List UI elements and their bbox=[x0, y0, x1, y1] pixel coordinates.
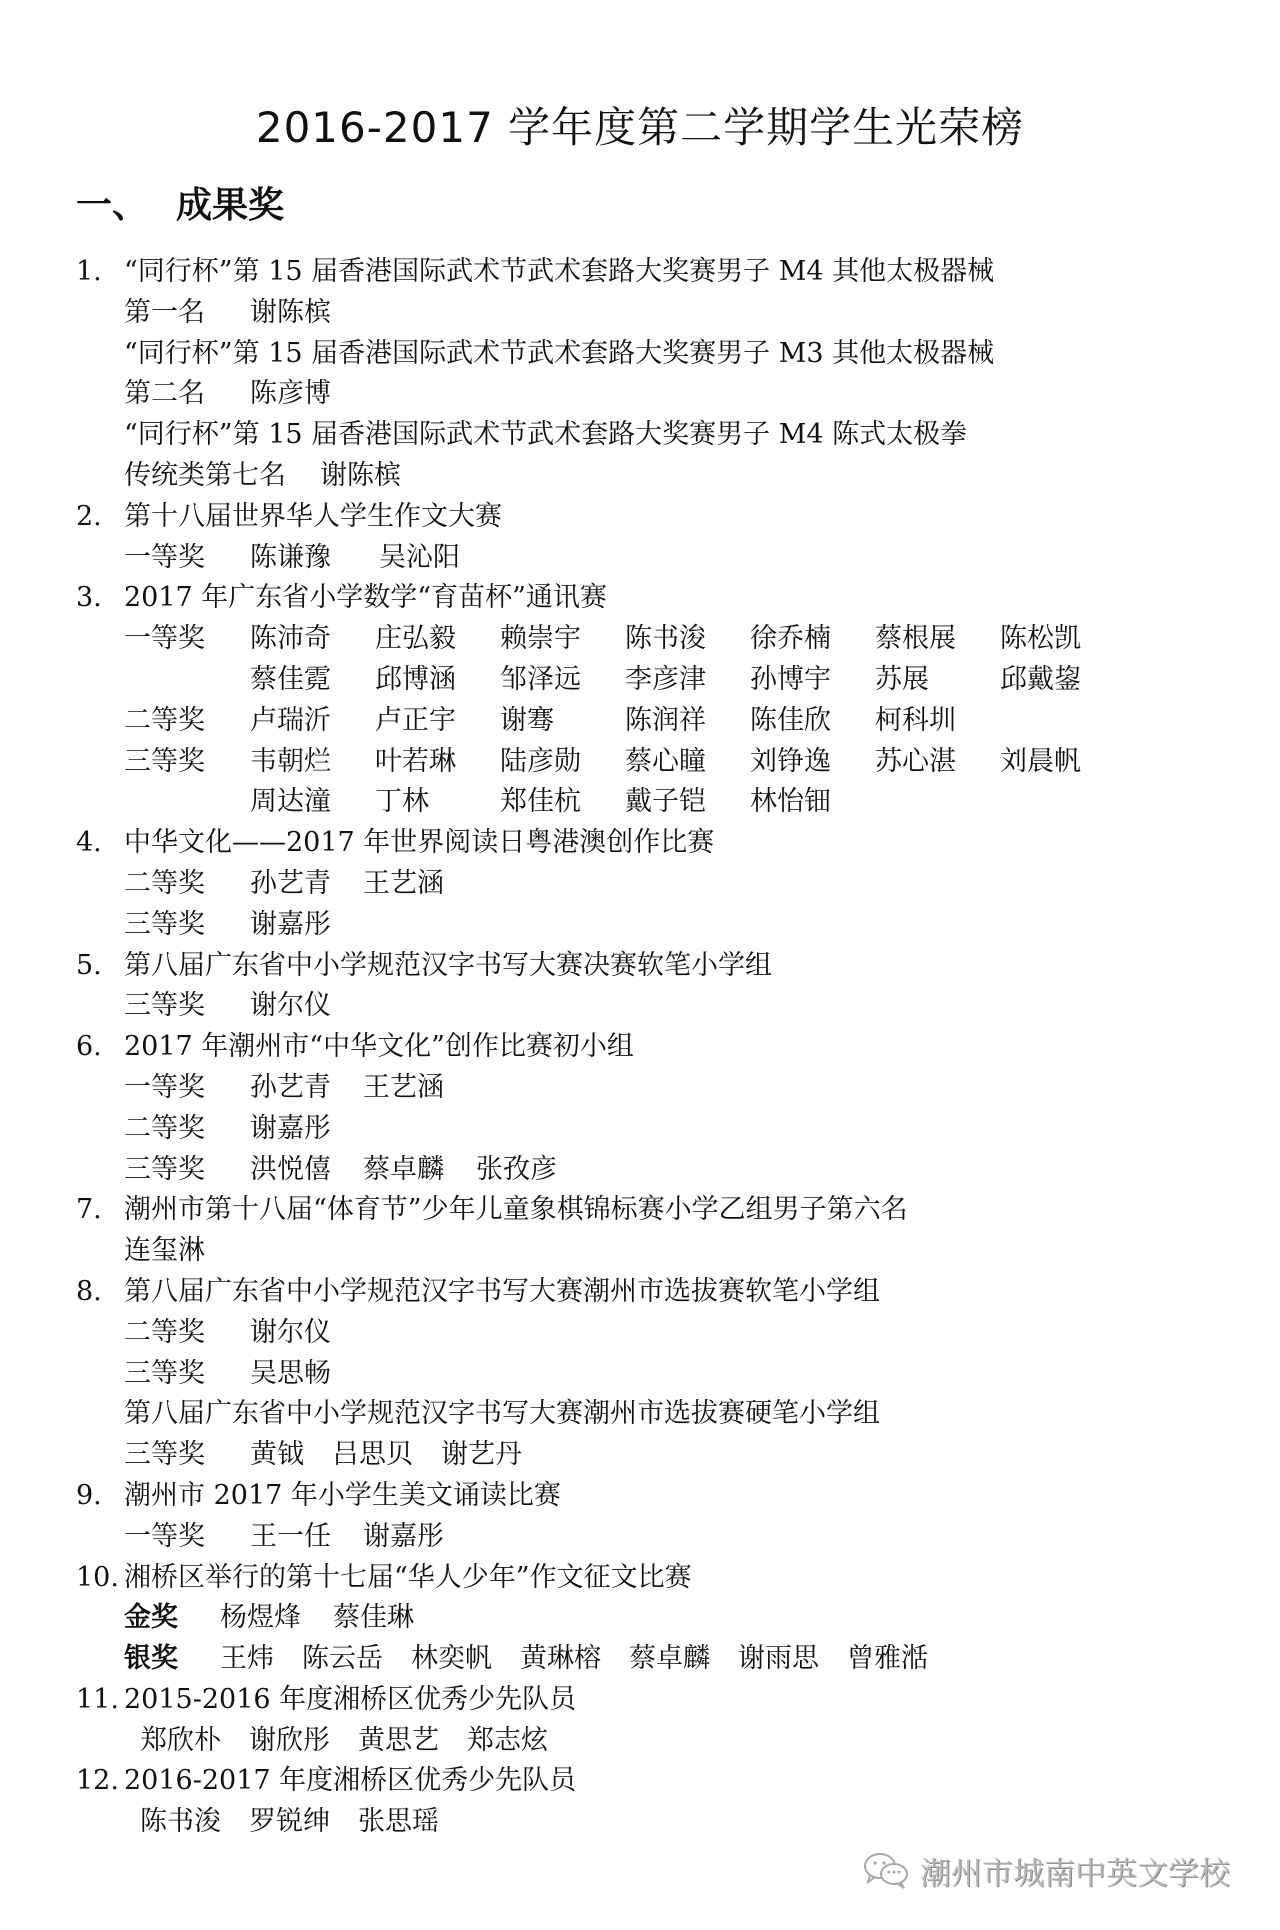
student-name: 王一任 bbox=[250, 1517, 331, 1558]
award-label: 三等奖 bbox=[124, 905, 250, 946]
award-row: 三等奖谢尔仪 bbox=[76, 986, 1236, 1027]
student-name: 陈书浚 bbox=[625, 619, 750, 660]
item-index: 8. bbox=[76, 1272, 124, 1313]
student-name: 陈松凯 bbox=[1000, 619, 1125, 660]
student-name: 黄思艺 bbox=[358, 1721, 439, 1762]
list-item-title: 3.2017 年广东省小学数学“育苗杯”通讯赛 bbox=[76, 578, 1236, 619]
award-row: 二等奖谢嘉彤 bbox=[76, 1109, 1236, 1150]
student-name: 谢嘉彤 bbox=[250, 1109, 331, 1150]
student-name: 蔡佳琳 bbox=[333, 1598, 414, 1639]
student-name: 孙艺青 bbox=[250, 864, 331, 905]
student-name: 卢瑞沂 bbox=[250, 701, 375, 742]
award-row: 三等奖谢嘉彤 bbox=[76, 905, 1236, 946]
list-item-title: 1.“同行杯”第 15 届香港国际武术节武术套路大奖赛男子 M4 其他太极器械 bbox=[76, 252, 1236, 293]
list-item-subtitle: 第八届广东省中小学规范汉字书写大赛潮州市选拔赛硬笔小学组 bbox=[76, 1394, 1236, 1435]
item-title-text: 第八届广东省中小学规范汉字书写大赛潮州市选拔赛软笔小学组 bbox=[124, 1276, 880, 1307]
student-name: 蔡心瞳 bbox=[625, 742, 750, 783]
award-label: 第一名 bbox=[124, 293, 250, 334]
student-name: 赖崇宇 bbox=[500, 619, 625, 660]
award-label: 二等奖 bbox=[124, 701, 250, 742]
student-name: 谢陈槟 bbox=[250, 293, 331, 334]
award-row: 第二名陈彦博 bbox=[76, 374, 1236, 415]
student-name: 林奕帆 bbox=[411, 1639, 492, 1680]
student-name: 王艺涵 bbox=[363, 1068, 444, 1109]
item-index: 2. bbox=[76, 497, 124, 538]
award-label: 三等奖 bbox=[124, 1150, 250, 1191]
award-row: 金奖杨煜烽蔡佳琳 bbox=[76, 1598, 1236, 1639]
award-grid-row: 二等奖卢瑞沂卢正宇谢骞陈润祥陈佳欣柯科圳 bbox=[76, 701, 1236, 742]
item-title-text: 潮州市第十八届“体育节”少年儿童象棋锦标赛小学乙组男子第六名 bbox=[124, 1194, 908, 1225]
student-name: 李彦津 bbox=[625, 660, 750, 701]
award-label: 金奖 bbox=[124, 1598, 220, 1639]
student-name: 陈云岳 bbox=[302, 1639, 383, 1680]
student-name: 谢尔仪 bbox=[250, 1313, 331, 1354]
award-row: 第一名谢陈槟 bbox=[76, 293, 1236, 334]
wechat-icon bbox=[862, 1850, 912, 1890]
student-name: 谢骞 bbox=[500, 701, 625, 742]
item-title-text: 2016-2017 年度湘桥区优秀少先队员 bbox=[124, 1765, 576, 1796]
award-row: 三等奖吴思畅 bbox=[76, 1354, 1236, 1395]
item-index: 5. bbox=[76, 946, 124, 987]
award-label: 二等奖 bbox=[124, 864, 250, 905]
award-row: 一等奖孙艺青王艺涵 bbox=[76, 1068, 1236, 1109]
student-name: 蔡佳霓 bbox=[250, 660, 375, 701]
section-label: 成果奖 bbox=[176, 185, 284, 226]
item-title-text: 第十八届世界华人学生作文大赛 bbox=[124, 501, 502, 532]
list-item-title: 10.湘桥区举行的第十七届“华人少年”作文征文比赛 bbox=[76, 1558, 1236, 1599]
item-index: 9. bbox=[76, 1476, 124, 1517]
award-label: 银奖 bbox=[124, 1639, 220, 1680]
student-name: 柯科圳 bbox=[875, 701, 1000, 742]
award-label: 三等奖 bbox=[124, 986, 250, 1027]
student-name: 吕思贝 bbox=[332, 1435, 413, 1476]
student-name: 吴沁阳 bbox=[379, 538, 460, 579]
student-name: 蔡卓麟 bbox=[363, 1150, 444, 1191]
award-row: 一等奖王一任谢嘉彤 bbox=[76, 1517, 1236, 1558]
student-name: 蔡根展 bbox=[875, 619, 1000, 660]
item-index: 12. bbox=[76, 1761, 124, 1802]
names-row: 陈书浚罗锐绅张思瑶 bbox=[76, 1802, 1236, 1843]
list-item-subtitle: “同行杯”第 15 届香港国际武术节武术套路大奖赛男子 M4 陈式太极拳 bbox=[76, 415, 1236, 456]
student-name: 孙艺青 bbox=[250, 1068, 331, 1109]
list-item-title: 6.2017 年潮州市“中华文化”创作比赛初小组 bbox=[76, 1027, 1236, 1068]
item-title-text: 湘桥区举行的第十七届“华人少年”作文征文比赛 bbox=[124, 1562, 692, 1593]
student-name: 洪悦僖 bbox=[250, 1150, 331, 1191]
page-title: 2016-2017 学年度第二学期学生光荣榜 bbox=[0, 100, 1280, 156]
award-label: 三等奖 bbox=[124, 1435, 250, 1476]
item-title-text: 潮州市 2017 年小学生美文诵读比赛 bbox=[124, 1480, 561, 1511]
student-name: 郑佳杭 bbox=[500, 782, 625, 823]
award-label: 二等奖 bbox=[124, 1109, 250, 1150]
award-row: 银奖王炜陈云岳林奕帆黄琳榕蔡卓麟谢雨思曾雅湉 bbox=[76, 1639, 1236, 1680]
student-name: 苏展 bbox=[875, 660, 1000, 701]
watermark: 潮州市城南中英文学校 bbox=[862, 1850, 1230, 1890]
student-name: 陈书浚 bbox=[140, 1802, 221, 1843]
list-item-title: 12.2016-2017 年度湘桥区优秀少先队员 bbox=[76, 1761, 1236, 1802]
award-label: 一等奖 bbox=[124, 619, 250, 660]
document-page: 2016-2017 学年度第二学期学生光荣榜 一、成果奖 1.“同行杯”第 15… bbox=[0, 0, 1280, 1930]
student-name: 吴思畅 bbox=[250, 1354, 331, 1395]
award-row: 传统类第七名谢陈槟 bbox=[76, 456, 1236, 497]
student-name: 陈谦豫 bbox=[250, 538, 331, 579]
student-name: 孙博宇 bbox=[750, 660, 875, 701]
item-index: 4. bbox=[76, 823, 124, 864]
item-title-text: 2017 年潮州市“中华文化”创作比赛初小组 bbox=[124, 1031, 634, 1062]
student-name: 罗锐绅 bbox=[249, 1802, 330, 1843]
student-name: 邹泽远 bbox=[500, 660, 625, 701]
student-name: 邱博涵 bbox=[375, 660, 500, 701]
student-name: 戴子铠 bbox=[625, 782, 750, 823]
award-label: 三等奖 bbox=[124, 742, 250, 783]
student-name: 刘铮逸 bbox=[750, 742, 875, 783]
award-row: 三等奖黄钺吕思贝谢艺丹 bbox=[76, 1435, 1236, 1476]
award-grid-row: 蔡佳霓邱博涵邹泽远李彦津孙博宇苏展邱戴鋆 bbox=[76, 660, 1236, 701]
student-name: 郑欣朴 bbox=[140, 1721, 221, 1762]
student-name: 陈佳欣 bbox=[750, 701, 875, 742]
list-item-title: 2.第十八届世界华人学生作文大赛 bbox=[76, 497, 1236, 538]
student-name: 黄钺 bbox=[250, 1435, 304, 1476]
award-label: 一等奖 bbox=[124, 1068, 250, 1109]
student-name: 蔡卓麟 bbox=[629, 1639, 710, 1680]
section-heading: 一、成果奖 bbox=[76, 182, 284, 230]
student-name: 陆彦勋 bbox=[500, 742, 625, 783]
list-item-title: 5.第八届广东省中小学规范汉字书写大赛决赛软笔小学组 bbox=[76, 946, 1236, 987]
student-name: 刘晨帆 bbox=[1000, 742, 1125, 783]
student-name: 谢陈槟 bbox=[320, 456, 401, 497]
item-index: 11. bbox=[76, 1680, 124, 1721]
award-list: 1.“同行杯”第 15 届香港国际武术节武术套路大奖赛男子 M4 其他太极器械 … bbox=[76, 252, 1236, 1843]
student-name: 卢正宇 bbox=[375, 701, 500, 742]
student-name: 陈彦博 bbox=[250, 374, 331, 415]
list-item-title: 8.第八届广东省中小学规范汉字书写大赛潮州市选拔赛软笔小学组 bbox=[76, 1272, 1236, 1313]
item-title-text: “同行杯”第 15 届香港国际武术节武术套路大奖赛男子 M4 其他太极器械 bbox=[124, 256, 994, 287]
student-name: 徐乔楠 bbox=[750, 619, 875, 660]
award-row: 三等奖洪悦僖蔡卓麟张孜彦 bbox=[76, 1150, 1236, 1191]
student-name: 林怡钿 bbox=[750, 782, 875, 823]
student-name: 陈沛奇 bbox=[250, 619, 375, 660]
student-name: 谢欣彤 bbox=[249, 1721, 330, 1762]
student-name: 杨煜烽 bbox=[220, 1598, 301, 1639]
award-label: 三等奖 bbox=[124, 1354, 250, 1395]
item-index: 10. bbox=[76, 1558, 124, 1599]
item-title-text: 第八届广东省中小学规范汉字书写大赛决赛软笔小学组 bbox=[124, 950, 772, 981]
item-title-text: 2017 年广东省小学数学“育苗杯”通讯赛 bbox=[124, 582, 607, 613]
student-name: 陈润祥 bbox=[625, 701, 750, 742]
student-name: 曾雅湉 bbox=[847, 1639, 928, 1680]
item-index: 6. bbox=[76, 1027, 124, 1068]
award-label: 二等奖 bbox=[124, 1313, 250, 1354]
names-row: 连玺淋 bbox=[76, 1231, 1236, 1272]
student-name: 谢雨思 bbox=[738, 1639, 819, 1680]
student-name: 郑志炫 bbox=[467, 1721, 548, 1762]
award-label: 一等奖 bbox=[124, 538, 250, 579]
student-name: 黄琳榕 bbox=[520, 1639, 601, 1680]
student-name: 谢尔仪 bbox=[250, 986, 331, 1027]
section-number: 一、 bbox=[76, 182, 176, 230]
award-label: 第二名 bbox=[124, 374, 250, 415]
item-title-text: 中华文化——2017 年世界阅读日粤港澳创作比赛 bbox=[124, 827, 714, 858]
student-name: 谢嘉彤 bbox=[363, 1517, 444, 1558]
student-name: 丁林 bbox=[375, 782, 500, 823]
award-grid-row: 一等奖陈沛奇庄弘毅赖崇宇陈书浚徐乔楠蔡根展陈松凯 bbox=[76, 619, 1236, 660]
student-name: 王炜 bbox=[220, 1639, 274, 1680]
names-row: 郑欣朴谢欣彤黄思艺郑志炫 bbox=[76, 1721, 1236, 1762]
list-item-title: 9.潮州市 2017 年小学生美文诵读比赛 bbox=[76, 1476, 1236, 1517]
student-name: 叶若琳 bbox=[375, 742, 500, 783]
award-row: 一等奖陈谦豫吴沁阳 bbox=[76, 538, 1236, 579]
student-name: 谢艺丹 bbox=[441, 1435, 522, 1476]
item-index: 3. bbox=[76, 578, 124, 619]
award-row: 二等奖谢尔仪 bbox=[76, 1313, 1236, 1354]
student-name: 邱戴鋆 bbox=[1000, 660, 1125, 701]
award-row: 二等奖孙艺青王艺涵 bbox=[76, 864, 1236, 905]
student-name: 王艺涵 bbox=[363, 864, 444, 905]
list-item-title: 7.潮州市第十八届“体育节”少年儿童象棋锦标赛小学乙组男子第六名 bbox=[76, 1190, 1236, 1231]
student-name: 韦朝烂 bbox=[250, 742, 375, 783]
student-name: 苏心湛 bbox=[875, 742, 1000, 783]
item-index: 7. bbox=[76, 1190, 124, 1231]
award-label: 传统类第七名 bbox=[124, 456, 320, 497]
list-item-title: 11.2015-2016 年度湘桥区优秀少先队员 bbox=[76, 1680, 1236, 1721]
watermark-text: 潮州市城南中英文学校 bbox=[920, 1848, 1230, 1893]
award-label: 一等奖 bbox=[124, 1517, 250, 1558]
item-index: 1. bbox=[76, 252, 124, 293]
award-grid-row: 三等奖韦朝烂叶若琳陆彦勋蔡心瞳刘铮逸苏心湛刘晨帆 bbox=[76, 742, 1236, 783]
student-name: 连玺淋 bbox=[124, 1231, 205, 1272]
student-name: 庄弘毅 bbox=[375, 619, 500, 660]
student-name: 张孜彦 bbox=[476, 1150, 557, 1191]
award-grid-row: 周达潼丁林郑佳杭戴子铠林怡钿 bbox=[76, 782, 1236, 823]
item-title-text: 2015-2016 年度湘桥区优秀少先队员 bbox=[124, 1684, 576, 1715]
list-item-title: 4.中华文化——2017 年世界阅读日粤港澳创作比赛 bbox=[76, 823, 1236, 864]
list-item-subtitle: “同行杯”第 15 届香港国际武术节武术套路大奖赛男子 M3 其他太极器械 bbox=[76, 334, 1236, 375]
student-name: 周达潼 bbox=[250, 782, 375, 823]
student-name: 张思瑶 bbox=[358, 1802, 439, 1843]
student-name: 谢嘉彤 bbox=[250, 905, 331, 946]
